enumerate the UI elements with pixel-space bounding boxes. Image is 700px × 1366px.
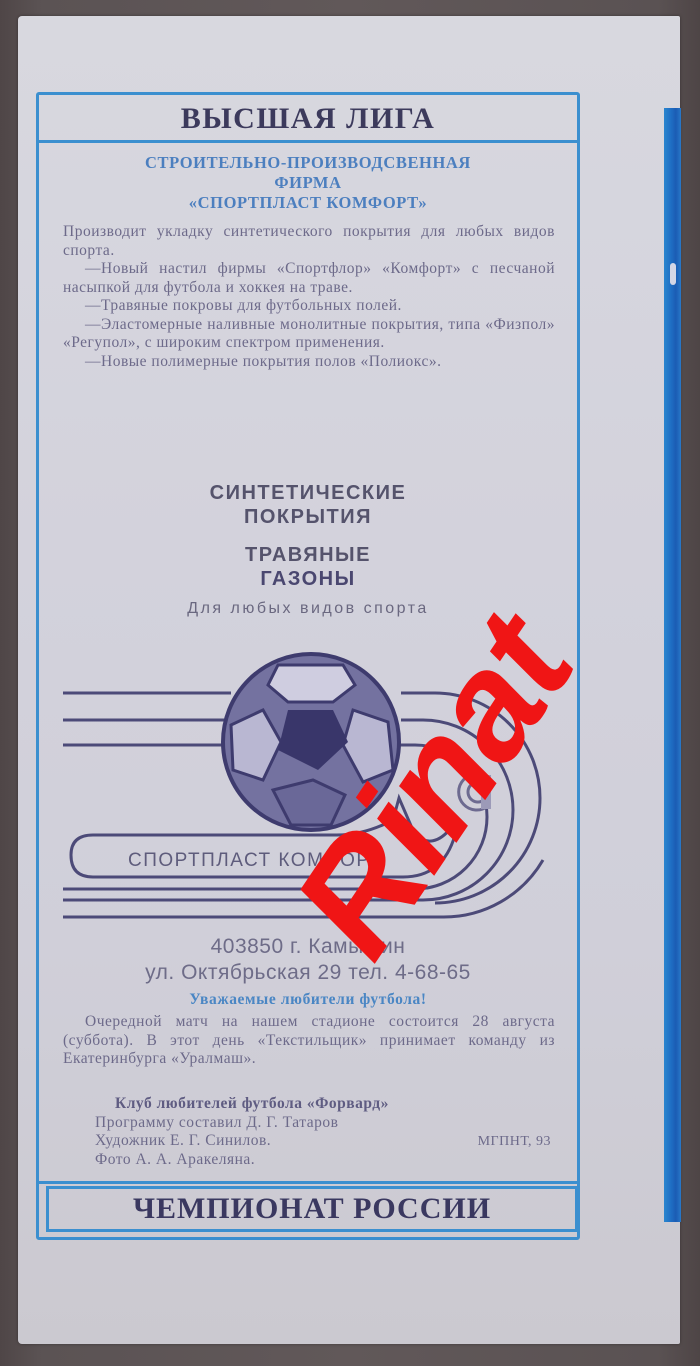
advert-paragraph: —Травяные покровы для футбольных полей. — [63, 297, 555, 316]
footer-box: ЧЕМПИОНАТ РОССИИ — [46, 1186, 578, 1232]
advert-paragraph: Производит укладку синтетического покрыт… — [63, 223, 555, 260]
divider — [39, 1181, 577, 1184]
printer-mark: МГПНТ, 93 — [478, 1134, 551, 1150]
firm-name: СТРОИТЕЛЬНО-ПРОИЗВОДСВЕННАЯ ФИРМА «СПОРТ… — [39, 153, 577, 213]
firm-line: ФИРМА — [39, 173, 577, 193]
headline-line: ТРАВЯНЫЕ — [39, 543, 577, 567]
match-notice: Очередной матч на нашем стадионе состоит… — [63, 1013, 555, 1069]
headline-line: ПОКРЫТИЯ — [39, 505, 577, 529]
photo-credit: Фото А. А. Аракеляна. — [95, 1151, 565, 1170]
advert-paragraph: —Новый настил фирмы «Спортфлор» «Комфорт… — [63, 260, 555, 297]
club-name: Клуб любителей футбола «Форвард» — [95, 1095, 565, 1114]
greeting: Уважаемые любители футбола! — [39, 991, 577, 1009]
firm-line: «СПОРТПЛАСТ КОМФОРТ» — [39, 193, 577, 213]
championship-title: ЧЕМПИОНАТ РОССИИ — [49, 1189, 575, 1229]
advert-paragraph: —Новые полимерные покрытия полов «Полиок… — [63, 353, 555, 372]
spine-mark — [670, 278, 676, 284]
advert-text: Производит укладку синтетического покрыт… — [63, 223, 555, 371]
header-box: ВЫСШАЯ ЛИГА — [39, 95, 577, 143]
headline-grass: ТРАВЯНЫЕ ГАЗОНЫ — [39, 543, 577, 591]
address-line: 403850 г. Камышин — [39, 935, 577, 959]
advert-paragraph: —Эластомерные наливные монолитные покрыт… — [63, 316, 555, 353]
firm-line: СТРОИТЕЛЬНО-ПРОИЗВОДСВЕННАЯ — [39, 153, 577, 173]
headline-line: СИНТЕТИЧЕСКИЕ — [39, 481, 577, 505]
credits: Клуб любителей футбола «Форвард» Програм… — [95, 1095, 565, 1169]
address-line: ул. Октябрьская 29 тел. 4-68-65 — [39, 961, 577, 985]
headline-synthetic: СИНТЕТИЧЕСКИЕ ПОКРЫТИЯ — [39, 481, 577, 529]
compiled-by: Программу составил Д. Г. Татаров — [95, 1114, 565, 1133]
blue-spine-strip — [664, 108, 681, 1222]
league-title: ВЫСШАЯ ЛИГА — [39, 95, 577, 143]
headline-line: ГАЗОНЫ — [39, 567, 577, 591]
